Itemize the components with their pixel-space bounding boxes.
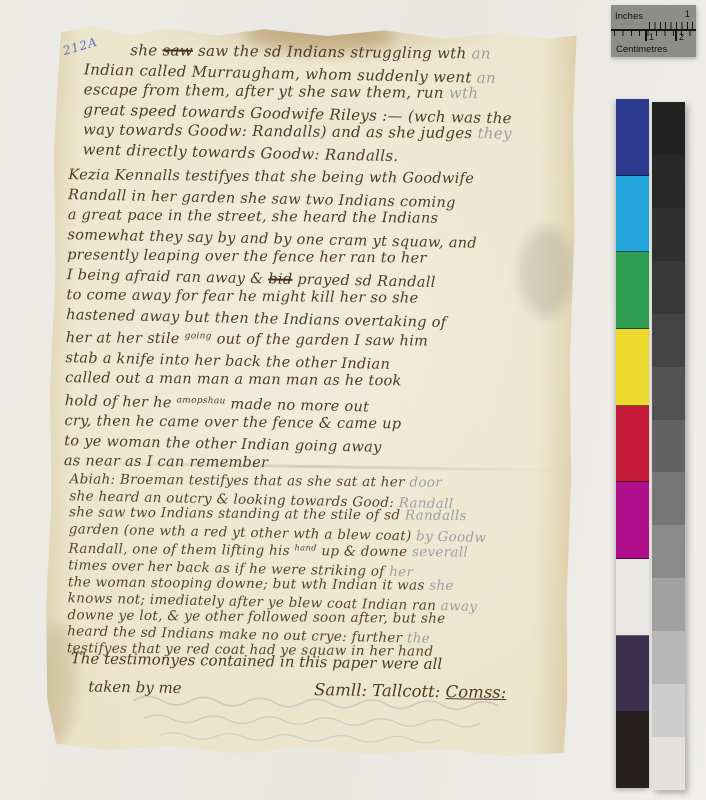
cm-number-1: 1 (649, 32, 654, 42)
ruler-scale-card: Inches 1 1 2 Centimetres (611, 5, 696, 57)
color-patch (616, 176, 649, 253)
cm-number-2: 2 (679, 32, 684, 42)
cm-tick-2 (675, 31, 677, 41)
gray-step-patch (652, 737, 685, 790)
inch-number: 1 (685, 9, 690, 20)
color-patch (616, 406, 649, 483)
paragraph-kezia-kennalls-testimony: Kezia Kennalls testifyes that she being … (64, 165, 571, 479)
gray-step-patch (652, 155, 685, 208)
paragraph-abiah-broeman-testimony: Abiah: Broeman testifyes that as she sat… (67, 471, 572, 664)
color-patch (616, 559, 649, 636)
gray-step-patch (652, 525, 685, 578)
gray-step-patch (652, 684, 685, 737)
archival-photograph: 212A she saw saw the sd Indians struggli… (0, 0, 706, 800)
color-patch (616, 329, 649, 406)
color-patch (616, 712, 649, 788)
gray-step-patch (652, 208, 685, 261)
gray-step-patch (652, 261, 685, 314)
cm-tick-1 (645, 31, 647, 41)
color-patch (616, 252, 649, 329)
manuscript-page: 212A she saw saw the sd Indians struggli… (43, 23, 578, 759)
inch-tick-marks (649, 22, 694, 29)
gray-step-patch (652, 367, 685, 420)
gray-step-patch (652, 631, 685, 684)
inches-label: Inches (615, 11, 643, 22)
gray-step-patch (652, 472, 685, 525)
color-patch (616, 99, 649, 176)
centimetres-label: Centimetres (616, 44, 667, 55)
gray-step-patch (652, 314, 685, 367)
paragraph-first-testimony: she saw saw the sd Indians struggling wt… (83, 39, 577, 167)
gray-step-patch (652, 420, 685, 473)
color-calibration-strip (616, 99, 649, 788)
manuscript-line: she saw saw the sd Indians struggling wt… (130, 40, 576, 64)
gray-step-patch (652, 578, 685, 631)
ink-showthrough-marks (129, 688, 550, 753)
gray-step-patch (652, 102, 685, 155)
grayscale-calibration-strip (652, 102, 685, 790)
color-patch (616, 482, 649, 559)
color-patch (616, 636, 649, 713)
